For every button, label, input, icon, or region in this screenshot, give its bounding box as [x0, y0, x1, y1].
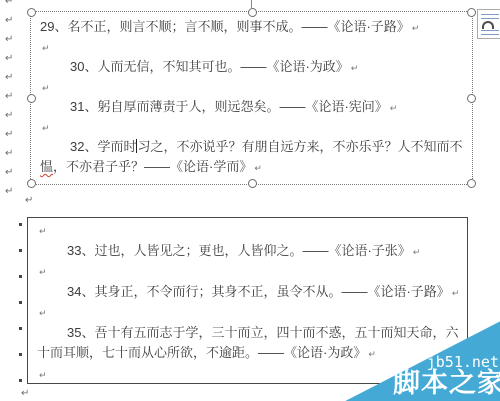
paragraph-mark-icon: ↵ — [254, 163, 262, 173]
text-line[interactable]: ↵ — [40, 37, 466, 57]
textbox1-content[interactable]: 29、名不正，则言不顺；言不顺，则事不成。——《论语·子路》↵↵30、人而无信，… — [31, 12, 472, 184]
text-line[interactable]: ↵ — [40, 77, 466, 97]
resize-handle-bottom-left[interactable] — [27, 179, 36, 188]
paragraph-mark-icon: ↵ — [5, 149, 13, 159]
paragraph-mark-icon: ↵ — [5, 73, 13, 83]
object-anchor-square-icon — [19, 379, 22, 382]
text-line[interactable]: 十而耳顺，七十而从心所欲，不逾距。——《论语·为政》↵ — [37, 343, 461, 364]
paragraph-mark-icon: ↵ — [5, 35, 13, 45]
paragraph-mark-icon: ↵ — [5, 54, 13, 64]
text-line-glyph — [481, 14, 499, 15]
arch-object-glyph — [482, 21, 494, 29]
object-anchor-square-icon — [19, 301, 22, 304]
text-line[interactable]: 31、躬自厚而薄责于人，则远怨矣。——《论语·宪问》↵ — [40, 97, 466, 117]
paragraph-mark-icon: ↵ — [5, 0, 13, 7]
document-canvas: 29、名不正，则言不顺；言不顺，则事不成。——《论语·子路》↵↵30、人而无信，… — [0, 0, 500, 401]
text-line-glyph — [481, 30, 499, 31]
text-line[interactable]: 32、学而时习之，不亦说乎？有朋自远方来，不亦乐乎？人不知而不 — [40, 137, 466, 157]
paragraph-mark-icon: ↵ — [42, 83, 50, 93]
paragraph-mark-icon: ↵ — [5, 130, 13, 140]
text-run: ，不亦君子乎？——《论语·学而》 — [53, 159, 252, 174]
paragraph-mark-icon: ↵ — [5, 92, 13, 102]
text-run: 35、吾十有五而志于学，三十而立，四十而不惑，五十而知天命，六 — [67, 325, 458, 340]
text-box-plain[interactable]: ↵33、过也，人皆见之；更也，人皆仰之。——《论语·子张》↵↵34、其身正，不令… — [27, 217, 468, 384]
textbox2-content[interactable]: ↵33、过也，人皆见之；更也，人皆仰之。——《论语·子张》↵↵34、其身正，不令… — [28, 218, 467, 383]
resize-handle-top-middle[interactable] — [248, 8, 257, 17]
paragraph-mark-icon: ↵ — [390, 103, 398, 113]
text-line[interactable]: ↵ — [37, 302, 461, 323]
text-line[interactable]: 33、过也，人皆见之；更也，人皆仰之。——《论语·子张》↵ — [37, 241, 461, 262]
text-line[interactable]: 29、名不正，则言不顺；言不顺，则事不成。——《论语·子路》↵ — [40, 17, 466, 37]
text-line[interactable]: ↵ — [37, 220, 461, 241]
paragraph-mark-icon: ↵ — [21, 389, 29, 399]
object-anchor-square-icon — [19, 249, 22, 252]
text-run: 31、躬自厚而薄责于人，则远怨矣。——《论语·宪问》 — [70, 99, 388, 114]
paragraph-mark-icon: ↵ — [412, 23, 420, 33]
text-run: 习之，不亦说乎？有朋自远方来，不亦乐乎？人不知而不 — [137, 139, 462, 154]
text-line[interactable]: 30、人而无信，不知其可也。——《论语·为政》↵ — [40, 57, 466, 77]
resize-handle-top-left[interactable] — [27, 8, 36, 17]
paragraph-mark-icon: ↵ — [413, 247, 421, 257]
text-line-glyph — [481, 18, 499, 19]
text-wrap-icon[interactable] — [477, 9, 500, 39]
text-line[interactable]: ↵ — [37, 261, 461, 282]
resize-handle-bottom-right[interactable] — [467, 179, 476, 188]
paragraph-mark-icon: ↵ — [5, 187, 13, 197]
rotation-handle-stem — [251, 0, 252, 8]
paragraph-mark-icon: ↵ — [39, 308, 47, 318]
text-line[interactable]: ↵ — [40, 117, 466, 137]
paragraph-mark-icon: ↵ — [42, 43, 50, 53]
text-run: 29、名不正，则言不顺；言不顺，则事不成。——《论语·子路》 — [40, 19, 410, 34]
text-run: 33、过也，人皆见之；更也，人皆仰之。——《论语·子张》 — [67, 243, 411, 258]
resize-handle-bottom-middle[interactable] — [248, 179, 257, 188]
text-line[interactable]: 34、其身正，不令而行；其身不正，虽令不从。——《论语·子路》↵ — [37, 282, 461, 303]
text-line[interactable]: 愠，不亦君子乎？——《论语·学而》↵ — [40, 157, 466, 177]
text-box-selected[interactable]: 29、名不正，则言不顺；言不顺，则事不成。——《论语·子路》↵↵30、人而无信，… — [30, 11, 473, 185]
paragraph-mark-icon: ↵ — [39, 370, 47, 380]
resize-handle-top-right[interactable] — [467, 8, 476, 17]
paragraph-mark-icon: ↵ — [452, 288, 460, 298]
misspelled-word: 愠 — [40, 159, 53, 174]
text-run: 32、学而时 — [70, 139, 136, 154]
resize-handle-middle-right[interactable] — [467, 94, 476, 103]
paragraph-mark-icon: ↵ — [5, 16, 13, 26]
text-run: 34、其身正，不令而行；其身不正，虽令不从。——《论语·子路》 — [67, 284, 450, 299]
paragraph-mark-icon: ↵ — [39, 226, 47, 236]
object-anchor-square-icon — [19, 223, 22, 226]
paragraph-mark-icon: ↵ — [39, 267, 47, 277]
text-run: 十而耳顺，七十而从心所欲，不逾距。——《论语·为政》 — [37, 345, 366, 360]
object-anchor-square-icon — [19, 327, 22, 330]
paragraph-mark-icon: ↵ — [5, 168, 13, 178]
paragraph-mark-icon: ↵ — [42, 123, 50, 133]
watermark-site-name: 脚本之家 — [393, 368, 500, 398]
text-line-glyph — [481, 34, 499, 35]
paragraph-mark-icon: ↵ — [351, 63, 359, 73]
object-anchor-square-icon — [19, 275, 22, 278]
paragraph-mark-icon: ↵ — [368, 349, 376, 359]
text-line[interactable]: 35、吾十有五而志于学，三十而立，四十而不惑，五十而知天命，六 — [37, 323, 461, 344]
object-anchor-square-icon — [19, 353, 22, 356]
paragraph-mark-icon: ↵ — [25, 196, 33, 206]
text-run: 30、人而无信，不知其可也。——《论语·为政》 — [70, 59, 349, 74]
resize-handle-middle-left[interactable] — [27, 94, 36, 103]
paragraph-mark-icon: ↵ — [5, 111, 13, 121]
